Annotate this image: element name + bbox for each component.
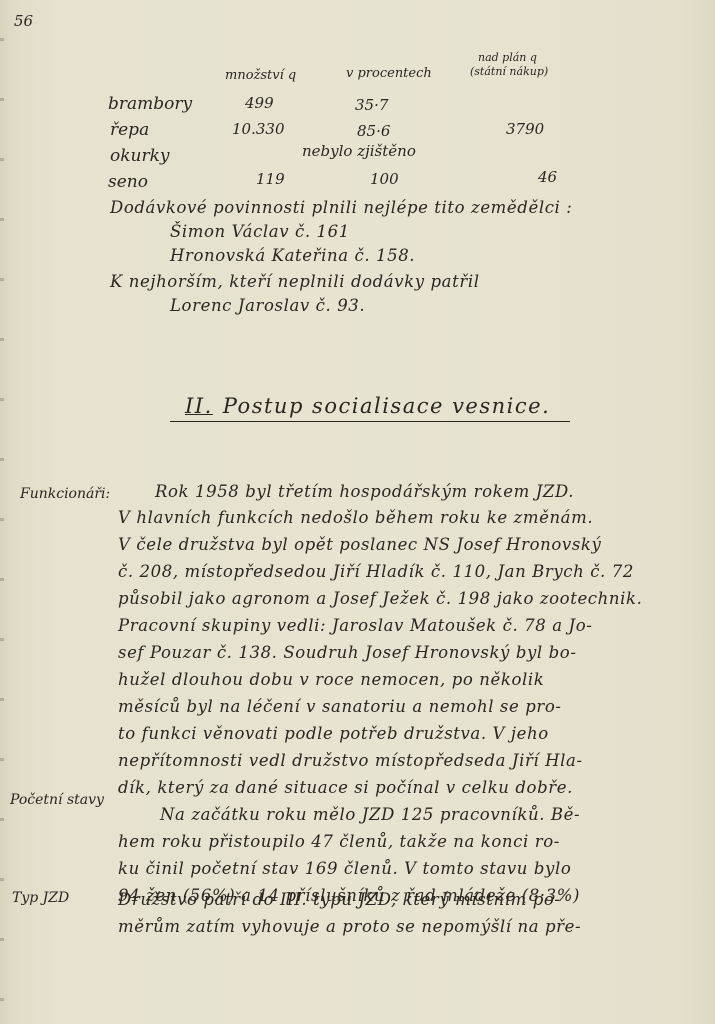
percent-value: 100: [370, 170, 399, 188]
over-plan-value: 3790: [506, 120, 544, 138]
margin-label: Funkcionáři:: [20, 486, 110, 502]
crop-label: brambory: [108, 94, 192, 114]
text-line: působil jako agronom a Josef Ježek č. 19…: [118, 589, 642, 608]
quantity-value: 119: [256, 170, 285, 188]
text-line: to funkci věnovati podle potřeb družstva…: [118, 724, 549, 743]
document-page: 56 množství q v procentech nad plán q (s…: [0, 0, 715, 1024]
text-line: dík, který za dané situace si počínal v …: [118, 778, 573, 797]
section-heading: II.Postup socialisace vesnice.: [185, 394, 550, 418]
margin-label: Typ JZD: [12, 890, 69, 906]
quantity-value: 10.330: [232, 120, 285, 138]
worst-farmers-intro: K nejhorším, kteří neplnili dodávky patř…: [110, 272, 480, 291]
text-line: V čele družstva byl opět poslanec NS Jos…: [118, 535, 601, 554]
percent-value: nebylo zjištěno: [302, 142, 416, 160]
text-line: sef Pouzar č. 138. Soudruh Josef Hronovs…: [118, 643, 577, 662]
text-line: Pracovní skupiny vedli: Jaroslav Matouše…: [118, 616, 592, 635]
page-number: 56: [14, 12, 33, 30]
text-line: hužel dlouhou dobu v roce nemocen, po ně…: [118, 670, 544, 689]
text-line: měrům zatím vyhovuje a proto se nepomýšl…: [118, 917, 581, 936]
margin-label: Početní stavy: [10, 792, 104, 808]
best-farmer-name: Hronovská Kateřina č. 158.: [170, 246, 415, 265]
text-line: č. 208, místopředsedou Jiří Hladík č. 11…: [118, 562, 634, 581]
text-line: hem roku přistoupilo 47 členů, takže na …: [118, 832, 560, 851]
text-line: V hlavních funkcích nedošlo během roku k…: [118, 508, 593, 527]
section-underline: [170, 421, 570, 422]
quantity-value: 499: [245, 94, 274, 112]
text-line: Rok 1958 byl třetím hospodářským rokem J…: [155, 482, 574, 501]
section-title: Postup socialisace vesnice.: [223, 394, 550, 418]
text-line: měsíců byl na léčení v sanatoriu a nemoh…: [118, 697, 562, 716]
crop-label: seno: [108, 172, 148, 192]
header-over-plan-line2: (státní nákup): [470, 66, 548, 78]
text-line: Družstvo patří do III. typu JZD, který m…: [118, 890, 561, 909]
text-line: Na začátku roku mělo JZD 125 pracovníků.…: [160, 805, 580, 824]
header-percent: v procentech: [346, 66, 432, 81]
percent-value: 85·6: [357, 122, 390, 140]
worst-farmer-name: Lorenc Jaroslav č. 93.: [170, 296, 365, 315]
binding-edge: [0, 0, 4, 1024]
best-farmer-name: Šimon Václav č. 161: [170, 222, 350, 241]
header-over-plan-line1: nad plán q: [478, 52, 537, 64]
over-plan-value: 46: [538, 168, 557, 186]
best-farmers-intro: Dodávkové povinnosti plnili nejlépe tito…: [110, 198, 572, 217]
text-line: nepřítomnosti vedl družstvo místopředsed…: [118, 751, 583, 770]
text-line: ku činil početní stav 169 členů. V tomto…: [118, 859, 571, 878]
header-quantity: množství q: [225, 68, 296, 83]
crop-label: okurky: [110, 146, 170, 166]
section-number: II.: [185, 394, 213, 418]
percent-value: 35·7: [355, 96, 388, 114]
crop-label: řepa: [110, 120, 149, 140]
